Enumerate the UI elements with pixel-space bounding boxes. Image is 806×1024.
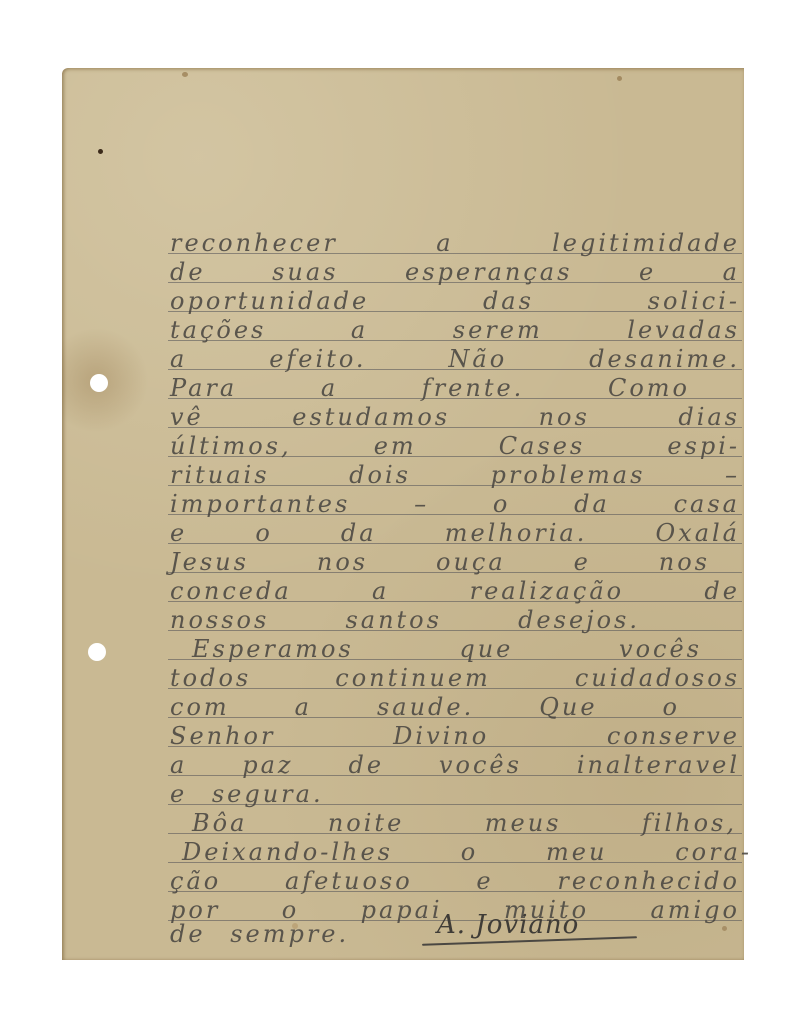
letter-line-6: Para a frente. Como [170,374,690,403]
letter-line-20: e segura. [170,780,410,809]
letter-line-1: reconhecer a legitimidade [170,229,740,258]
letter-line-14: nossos santos desejos. [170,606,640,635]
letter-line-10: importantes – o da casa [170,490,740,519]
letter-line-21: Bôa noite meus filhos, [192,809,737,838]
ink-speck [98,149,103,154]
letter-page: reconhecer a legitimidade de suas espera… [62,68,744,960]
letter-line-13: conceda a realização de [170,577,740,606]
letter-line-17: com a saude. Que o [170,693,680,722]
punch-hole-top [90,374,108,392]
letter-line-15: Esperamos que vocês [192,635,702,664]
letter-line-16: todos continuem cuidadosos [170,664,740,693]
letter-line-4: tações a serem levadas [170,316,740,345]
letter-line-12: Jesus nos ouça e nos [170,548,710,577]
letter-line-22: Deixando-lhes o meu cora- [182,838,752,867]
letter-line-19: a paz de vocês inalteravel [170,751,740,780]
letter-line-11: e o da melhoria. Oxalá [170,519,740,548]
letter-line-8: últimos, em Cases espi- [170,432,740,461]
signature: A. Joviano [437,910,579,940]
punch-hole-bottom [88,643,106,661]
stain-speck [182,72,188,77]
stain-speck [617,76,622,81]
letter-line-25: de sempre. [170,920,400,949]
letter-line-5: a efeito. Não desanime. [170,345,740,374]
letter-line-2: de suas esperanças e a [170,258,740,287]
stain-speck [722,926,727,931]
letter-line-3: oportunidade das solici- [170,287,740,316]
letter-line-18: Senhor Divino conserve [170,722,740,751]
letter-line-23: ção afetuoso e reconhecido [170,867,740,896]
letter-line-9: rituais dois problemas – [170,461,740,490]
letter-line-7: vê estudamos nos dias [170,403,740,432]
